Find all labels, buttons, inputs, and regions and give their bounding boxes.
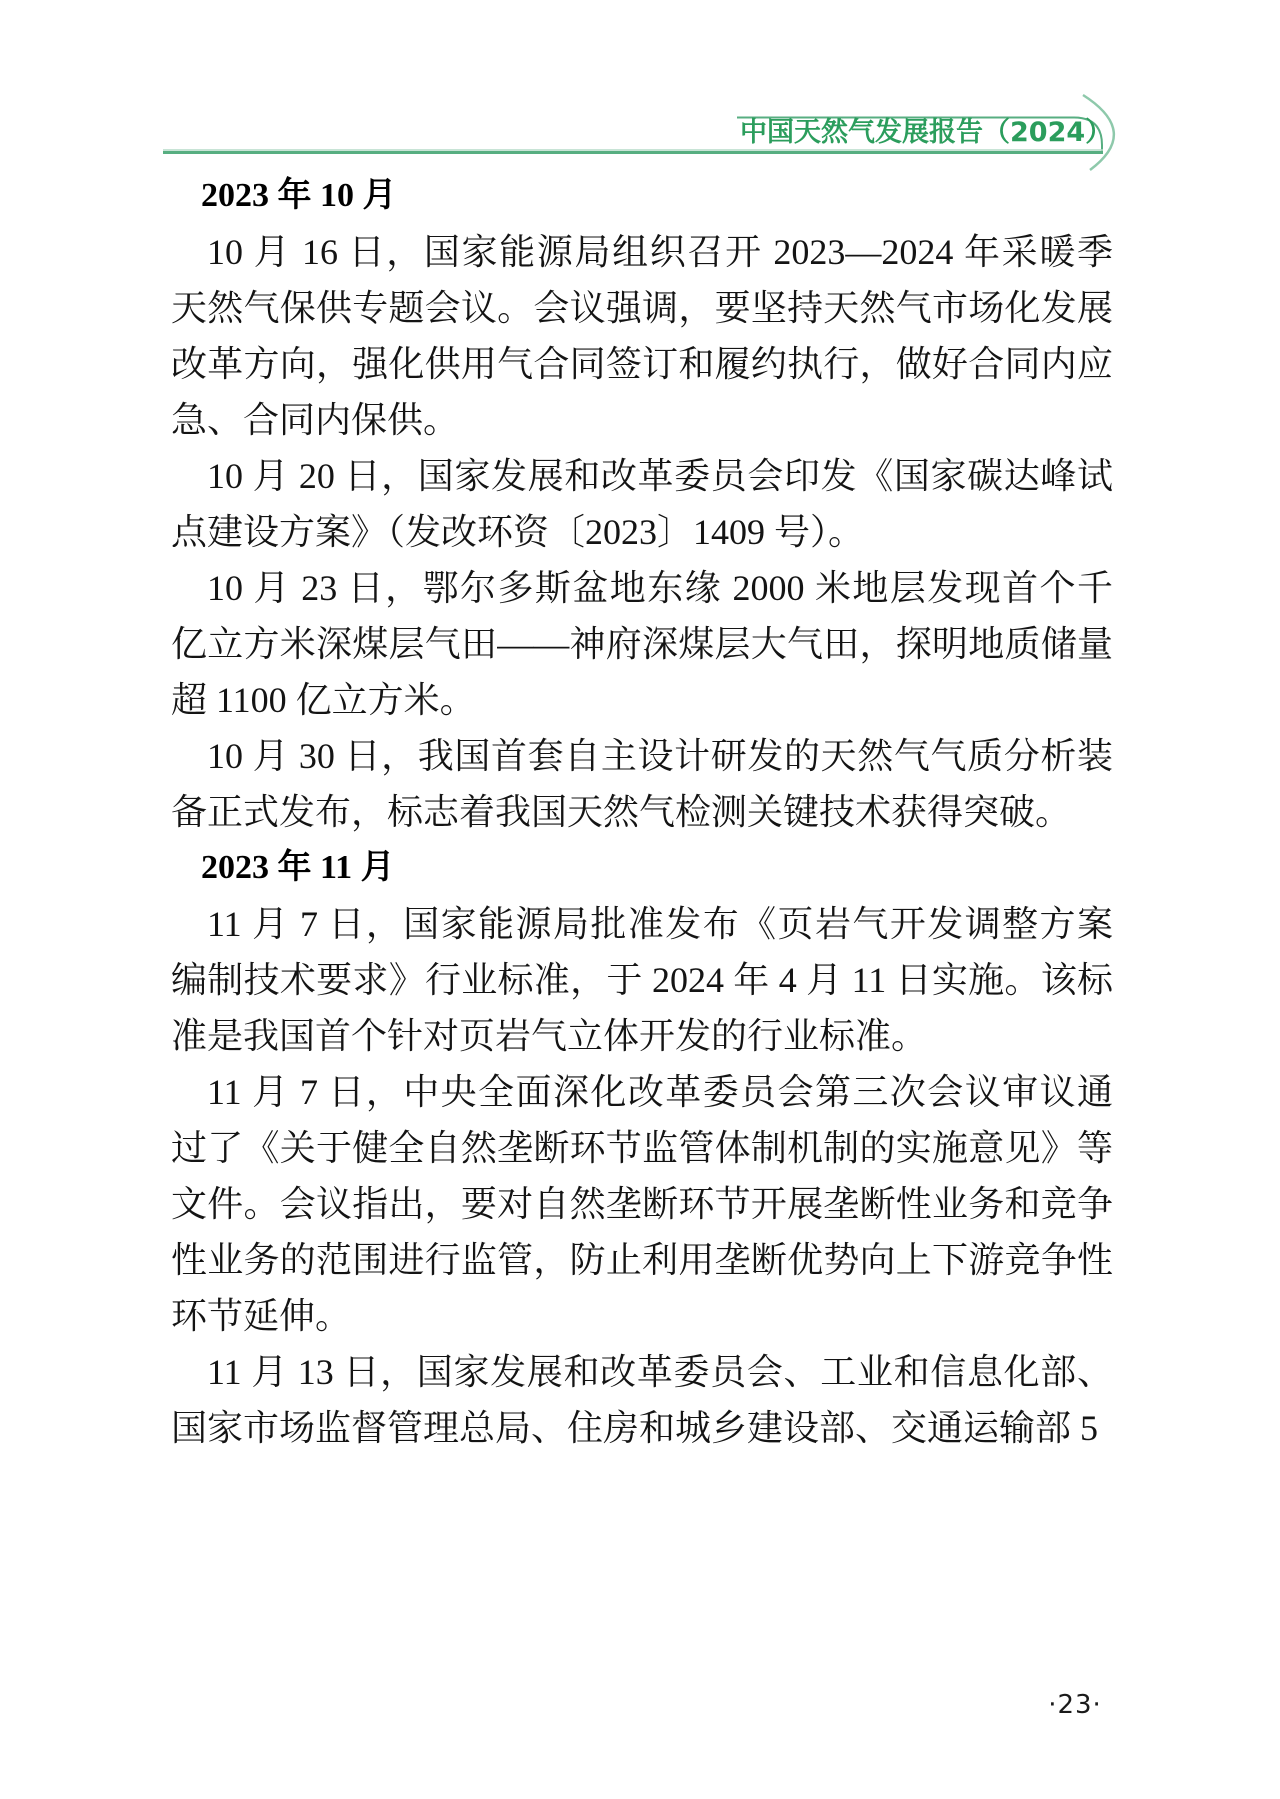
page-header: 中国天然气发展报告（2024） (0, 0, 1280, 180)
paragraph: 11 月 7 日，中央全面深化改革委员会第三次会议审议通过了《关于健全自然垄断环… (171, 1064, 1113, 1344)
document-page: 中国天然气发展报告（2024） 2023 年 10 月 10 月 16 日，国家… (0, 0, 1280, 1799)
paragraph: 10 月 16 日，国家能源局组织召开 2023—2024 年采暖季天然气保供专… (171, 224, 1113, 448)
paragraph: 10 月 30 日，我国首套自主设计研发的天然气气质分析装备正式发布，标志着我国… (171, 728, 1113, 840)
section-heading-november: 2023 年 11 月 (171, 840, 1113, 896)
paragraph: 11 月 13 日，国家发展和改革委员会、工业和信息化部、国家市场监督管理总局、… (171, 1344, 1113, 1456)
paragraph: 10 月 23 日，鄂尔多斯盆地东缘 2000 米地层发现首个千亿立方米深煤层气… (171, 560, 1113, 728)
page-number: ·23· (1040, 1690, 1110, 1720)
header-decoration (0, 0, 1280, 180)
paragraph: 10 月 20 日，国家发展和改革委员会印发《国家碳达峰试点建设方案》（发改环资… (171, 448, 1113, 560)
page-body: 2023 年 10 月 10 月 16 日，国家能源局组织召开 2023—202… (171, 168, 1113, 1456)
paragraph: 11 月 7 日，国家能源局批准发布《页岩气开发调整方案编制技术要求》行业标准，… (171, 896, 1113, 1064)
report-title: 中国天然气发展报告（2024） (740, 114, 1080, 152)
section-heading-october: 2023 年 10 月 (171, 168, 1113, 224)
